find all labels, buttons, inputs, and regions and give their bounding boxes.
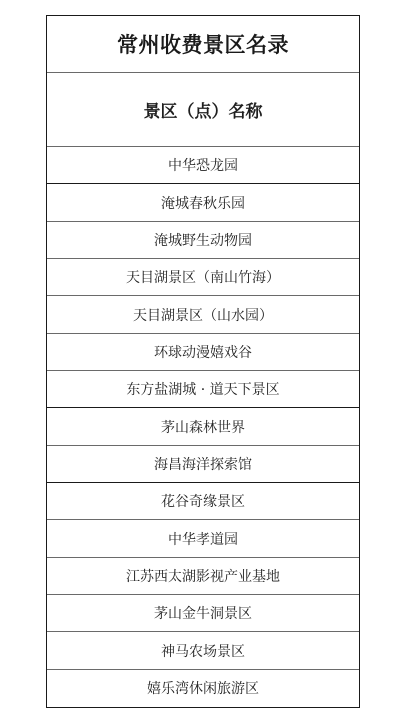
table-row: 天目湖景区（山水园） [47, 296, 359, 333]
table-row: 海昌海洋探索馆 [47, 446, 359, 483]
table-row: 神马农场景区 [47, 632, 359, 669]
table-row: 江苏西太湖影视产业基地 [47, 558, 359, 595]
table-row: 中华恐龙园 [47, 147, 359, 184]
table-row: 中华孝道园 [47, 520, 359, 557]
table-row: 花谷奇缘景区 [47, 483, 359, 520]
table-row: 茅山森林世界 [47, 408, 359, 445]
table-row: 环球动漫嬉戏谷 [47, 334, 359, 371]
scenic-area-table: 常州收费景区名录 景区（点）名称 中华恐龙园 淹城春秋乐园 淹城野生动物园 天目… [46, 15, 360, 708]
table-row: 淹城野生动物园 [47, 222, 359, 259]
table-row: 嬉乐湾休闲旅游区 [47, 670, 359, 707]
table-title: 常州收费景区名录 [47, 16, 359, 73]
table-row: 茅山金牛洞景区 [47, 595, 359, 632]
table-row: 淹城春秋乐园 [47, 184, 359, 221]
table-row: 天目湖景区（南山竹海） [47, 259, 359, 296]
column-header-scenic-name: 景区（点）名称 [47, 73, 359, 147]
table-row: 东方盐湖城 · 道天下景区 [47, 371, 359, 408]
